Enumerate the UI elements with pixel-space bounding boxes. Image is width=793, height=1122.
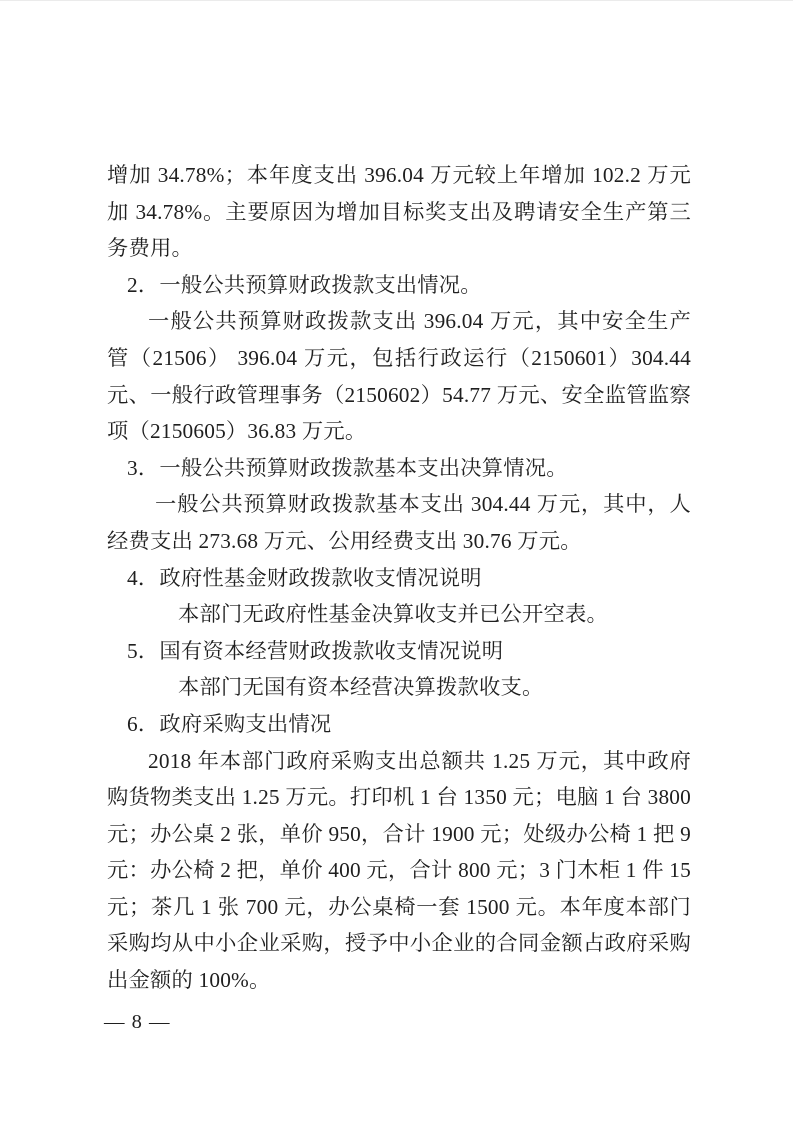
section-heading-line: 4．政府性基金财政拨款收支情况说明 xyxy=(107,560,691,597)
section-heading-line: 5．国有资本经营财政拨款收支情况说明 xyxy=(107,633,691,670)
body-text-line: 元；办公桌 2 张，单价 950，合计 1900 元；处级办公椅 1 把 900 xyxy=(107,816,691,853)
body-text-line: 元：办公椅 2 把，单价 400 元，合计 800 元；3 门木柜 1 件 15… xyxy=(107,852,691,889)
body-text-line: 元、一般行政管理事务（2150602）54.77 万元、安全监管监察专 xyxy=(107,377,691,414)
body-text-line: 本部门无国有资本经营决算拨款收支。 xyxy=(107,669,691,706)
body-text-line: 采购均从中小企业采购，授予中小企业的合同金额占政府采购支 xyxy=(107,925,691,962)
body-text-line: 一般公共预算财政拨款支出 396.04 万元，其中安全生产监 xyxy=(107,303,691,340)
body-text-line: 务费用。 xyxy=(107,230,691,267)
section-heading-line: 3．一般公共预算财政拨款基本支出决算情况。 xyxy=(107,450,691,487)
body-text-line: 增加 34.78%；本年度支出 396.04 万元较上年增加 102.2 万元增 xyxy=(107,157,691,194)
document-text-block: 增加 34.78%；本年度支出 396.04 万元较上年增加 102.2 万元增… xyxy=(107,157,691,999)
page-number: — 8 — xyxy=(104,1008,171,1036)
section-heading-line: 6．政府采购支出情况 xyxy=(107,706,691,743)
body-text-line: 项（2150605）36.83 万元。 xyxy=(107,413,691,450)
document-page: 增加 34.78%；本年度支出 396.04 万元较上年增加 102.2 万元增… xyxy=(0,0,793,1122)
body-text-line: 本部门无政府性基金决算收支并已公开空表。 xyxy=(107,596,691,633)
body-text-line: 出金额的 100%。 xyxy=(107,962,691,999)
body-text-line: 加 34.78%。主要原因为增加目标奖支出及聘请安全生产第三方服 xyxy=(107,194,691,231)
body-text-line: 购货物类支出 1.25 万元。打印机 1 台 1350 元；电脑 1 台 380… xyxy=(107,779,691,816)
body-text-line: 管（21506） 396.04 万元，包括行政运行（2150601）304.44… xyxy=(107,340,691,377)
page-top-edge xyxy=(0,0,793,1)
section-heading-line: 2．一般公共预算财政拨款支出情况。 xyxy=(107,267,691,304)
body-text-line: 2018 年本部门政府采购支出总额共 1.25 万元，其中政府采 xyxy=(107,743,691,780)
body-text-line: 经费支出 273.68 万元、公用经费支出 30.76 万元。 xyxy=(107,523,691,560)
body-text-line: 元；茶几 1 张 700 元，办公桌椅一套 1500 元。本年度本部门政府 xyxy=(107,889,691,926)
body-text-line: 一般公共预算财政拨款基本支出 304.44 万元，其中，人员 xyxy=(107,486,691,523)
